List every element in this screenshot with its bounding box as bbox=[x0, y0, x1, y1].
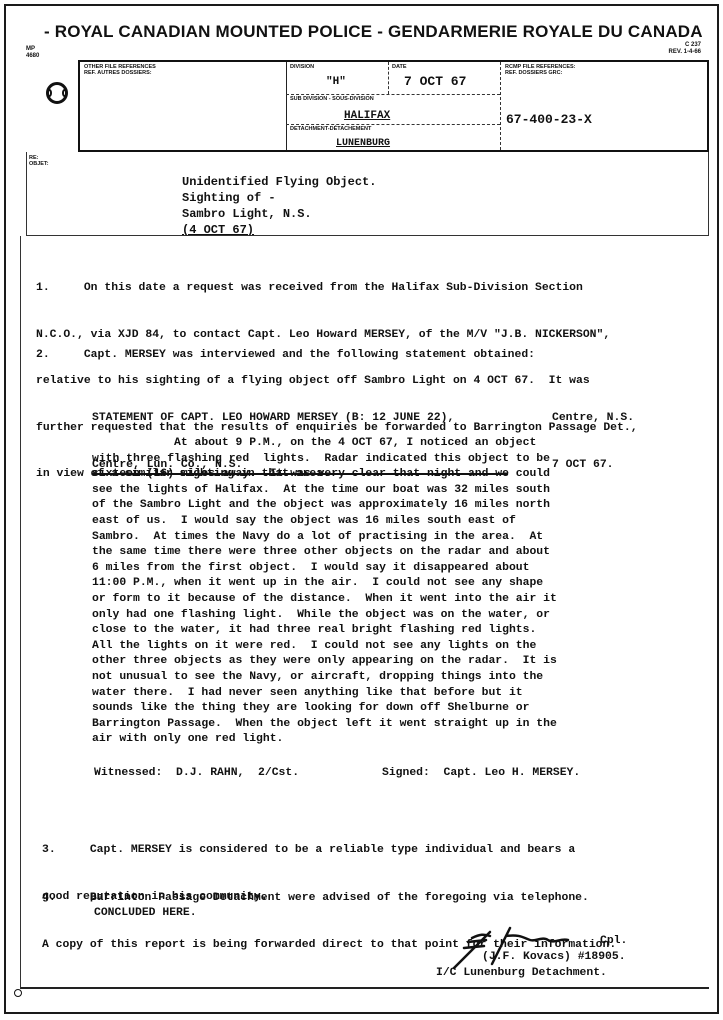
statement-line: 11:00 P.M., when it went up in the air. … bbox=[92, 576, 557, 592]
statement-line: sounds like the thing they are looking f… bbox=[92, 701, 557, 717]
detachment-value: LUNENBURG bbox=[336, 138, 390, 149]
binder-hole-icon bbox=[14, 989, 22, 997]
statement-line: All the lights on it were red. I could n… bbox=[92, 639, 557, 655]
signature-rank: Cpl. bbox=[600, 934, 627, 950]
signed-line: Signed: Capt. Leo H. MERSEY. bbox=[382, 766, 580, 782]
divider bbox=[388, 62, 389, 94]
statement-line: only had one flashing light. While the o… bbox=[92, 608, 557, 624]
statement-line: with three flashing red lights. Radar in… bbox=[92, 452, 557, 468]
signature-name: (J.F. Kovacs) #18905. bbox=[482, 950, 626, 966]
statement-line: Sambro. At times the Navy do a lot of pr… bbox=[92, 530, 557, 546]
statement-line: not unusual to see the Navy, or aircraft… bbox=[92, 670, 557, 686]
statement-line: At about 9 P.M., on the 4 OCT 67, I noti… bbox=[92, 436, 557, 452]
statement-line: close to the water, it had three real br… bbox=[92, 623, 557, 639]
paragraph-2: 2. Capt. MERSEY was interviewed and the … bbox=[36, 348, 535, 364]
statement-line: 6 miles from the first object. I would s… bbox=[92, 561, 557, 577]
detachment-label: DETACHMENT-DÉTACHEMENT bbox=[290, 126, 371, 132]
statement-line: sixteen (16) miles away. It was very cle… bbox=[92, 467, 557, 483]
form-left-code: MP 4680 bbox=[26, 46, 39, 60]
subdivision-value: HALIFAX bbox=[344, 110, 390, 122]
statement-line: other three objects as they were only ap… bbox=[92, 654, 557, 670]
date-value: 7 OCT 67 bbox=[404, 74, 466, 89]
statement-line: or form to it because of the distance. W… bbox=[92, 592, 557, 608]
re-label: RE: OBJET: bbox=[29, 155, 49, 167]
statement-line: the same time there were three other obj… bbox=[92, 545, 557, 561]
date-label: DATE bbox=[392, 64, 407, 70]
statement-line: water there. I had never seen anything l… bbox=[92, 686, 557, 702]
subdivision-label: SUB DIVISION - SOUS-DIVISION bbox=[290, 96, 374, 102]
form-code: C 237 REV. 1-4-66 bbox=[669, 42, 701, 56]
rcmp-file-number: 67-400-23-X bbox=[506, 112, 592, 127]
concluded-text: CONCLUDED HERE. bbox=[94, 906, 197, 922]
statement-line: Barrington Passage. When the object left… bbox=[92, 717, 557, 733]
document-page: - ROYAL CANADIAN MOUNTED POLICE - GENDAR… bbox=[4, 4, 719, 1014]
division-label: DIVISION bbox=[290, 64, 314, 70]
rcmp-refs-label: RCMP FILE REFERENCES: REF. DOSSIERS GRC: bbox=[505, 64, 576, 76]
punch-hole-icon bbox=[46, 82, 68, 104]
division-value: "H" bbox=[326, 76, 346, 88]
form-header-block: OTHER FILE REFERENCES REF. AUTRES DOSSIE… bbox=[78, 60, 709, 152]
divider bbox=[286, 94, 500, 95]
divider bbox=[286, 124, 500, 125]
statement-line: of the Sambro Light and the object was a… bbox=[92, 498, 557, 514]
other-refs-label: OTHER FILE REFERENCES REF. AUTRES DOSSIE… bbox=[84, 64, 156, 76]
divider bbox=[500, 62, 501, 150]
statement-place-date: Centre, N.S. 7 OCT 67. bbox=[552, 380, 634, 504]
subject-text: Unidentified Flying Object. Sighting of … bbox=[182, 174, 376, 238]
statement-body: At about 9 P.M., on the 4 OCT 67, I noti… bbox=[92, 436, 557, 748]
statement-line: see the lights of Halifax. At the time o… bbox=[92, 483, 557, 499]
statement-line: air with only one red light. bbox=[92, 732, 557, 748]
statement-line: east of us. I would say the object was 1… bbox=[92, 514, 557, 530]
witnessed-line: Witnessed: D.J. RAHN, 2/Cst. bbox=[94, 766, 299, 782]
signature-unit: I/C Lunenburg Detachment. bbox=[436, 966, 607, 982]
divider bbox=[286, 62, 287, 150]
document-title: - ROYAL CANADIAN MOUNTED POLICE - GENDAR… bbox=[44, 22, 703, 42]
